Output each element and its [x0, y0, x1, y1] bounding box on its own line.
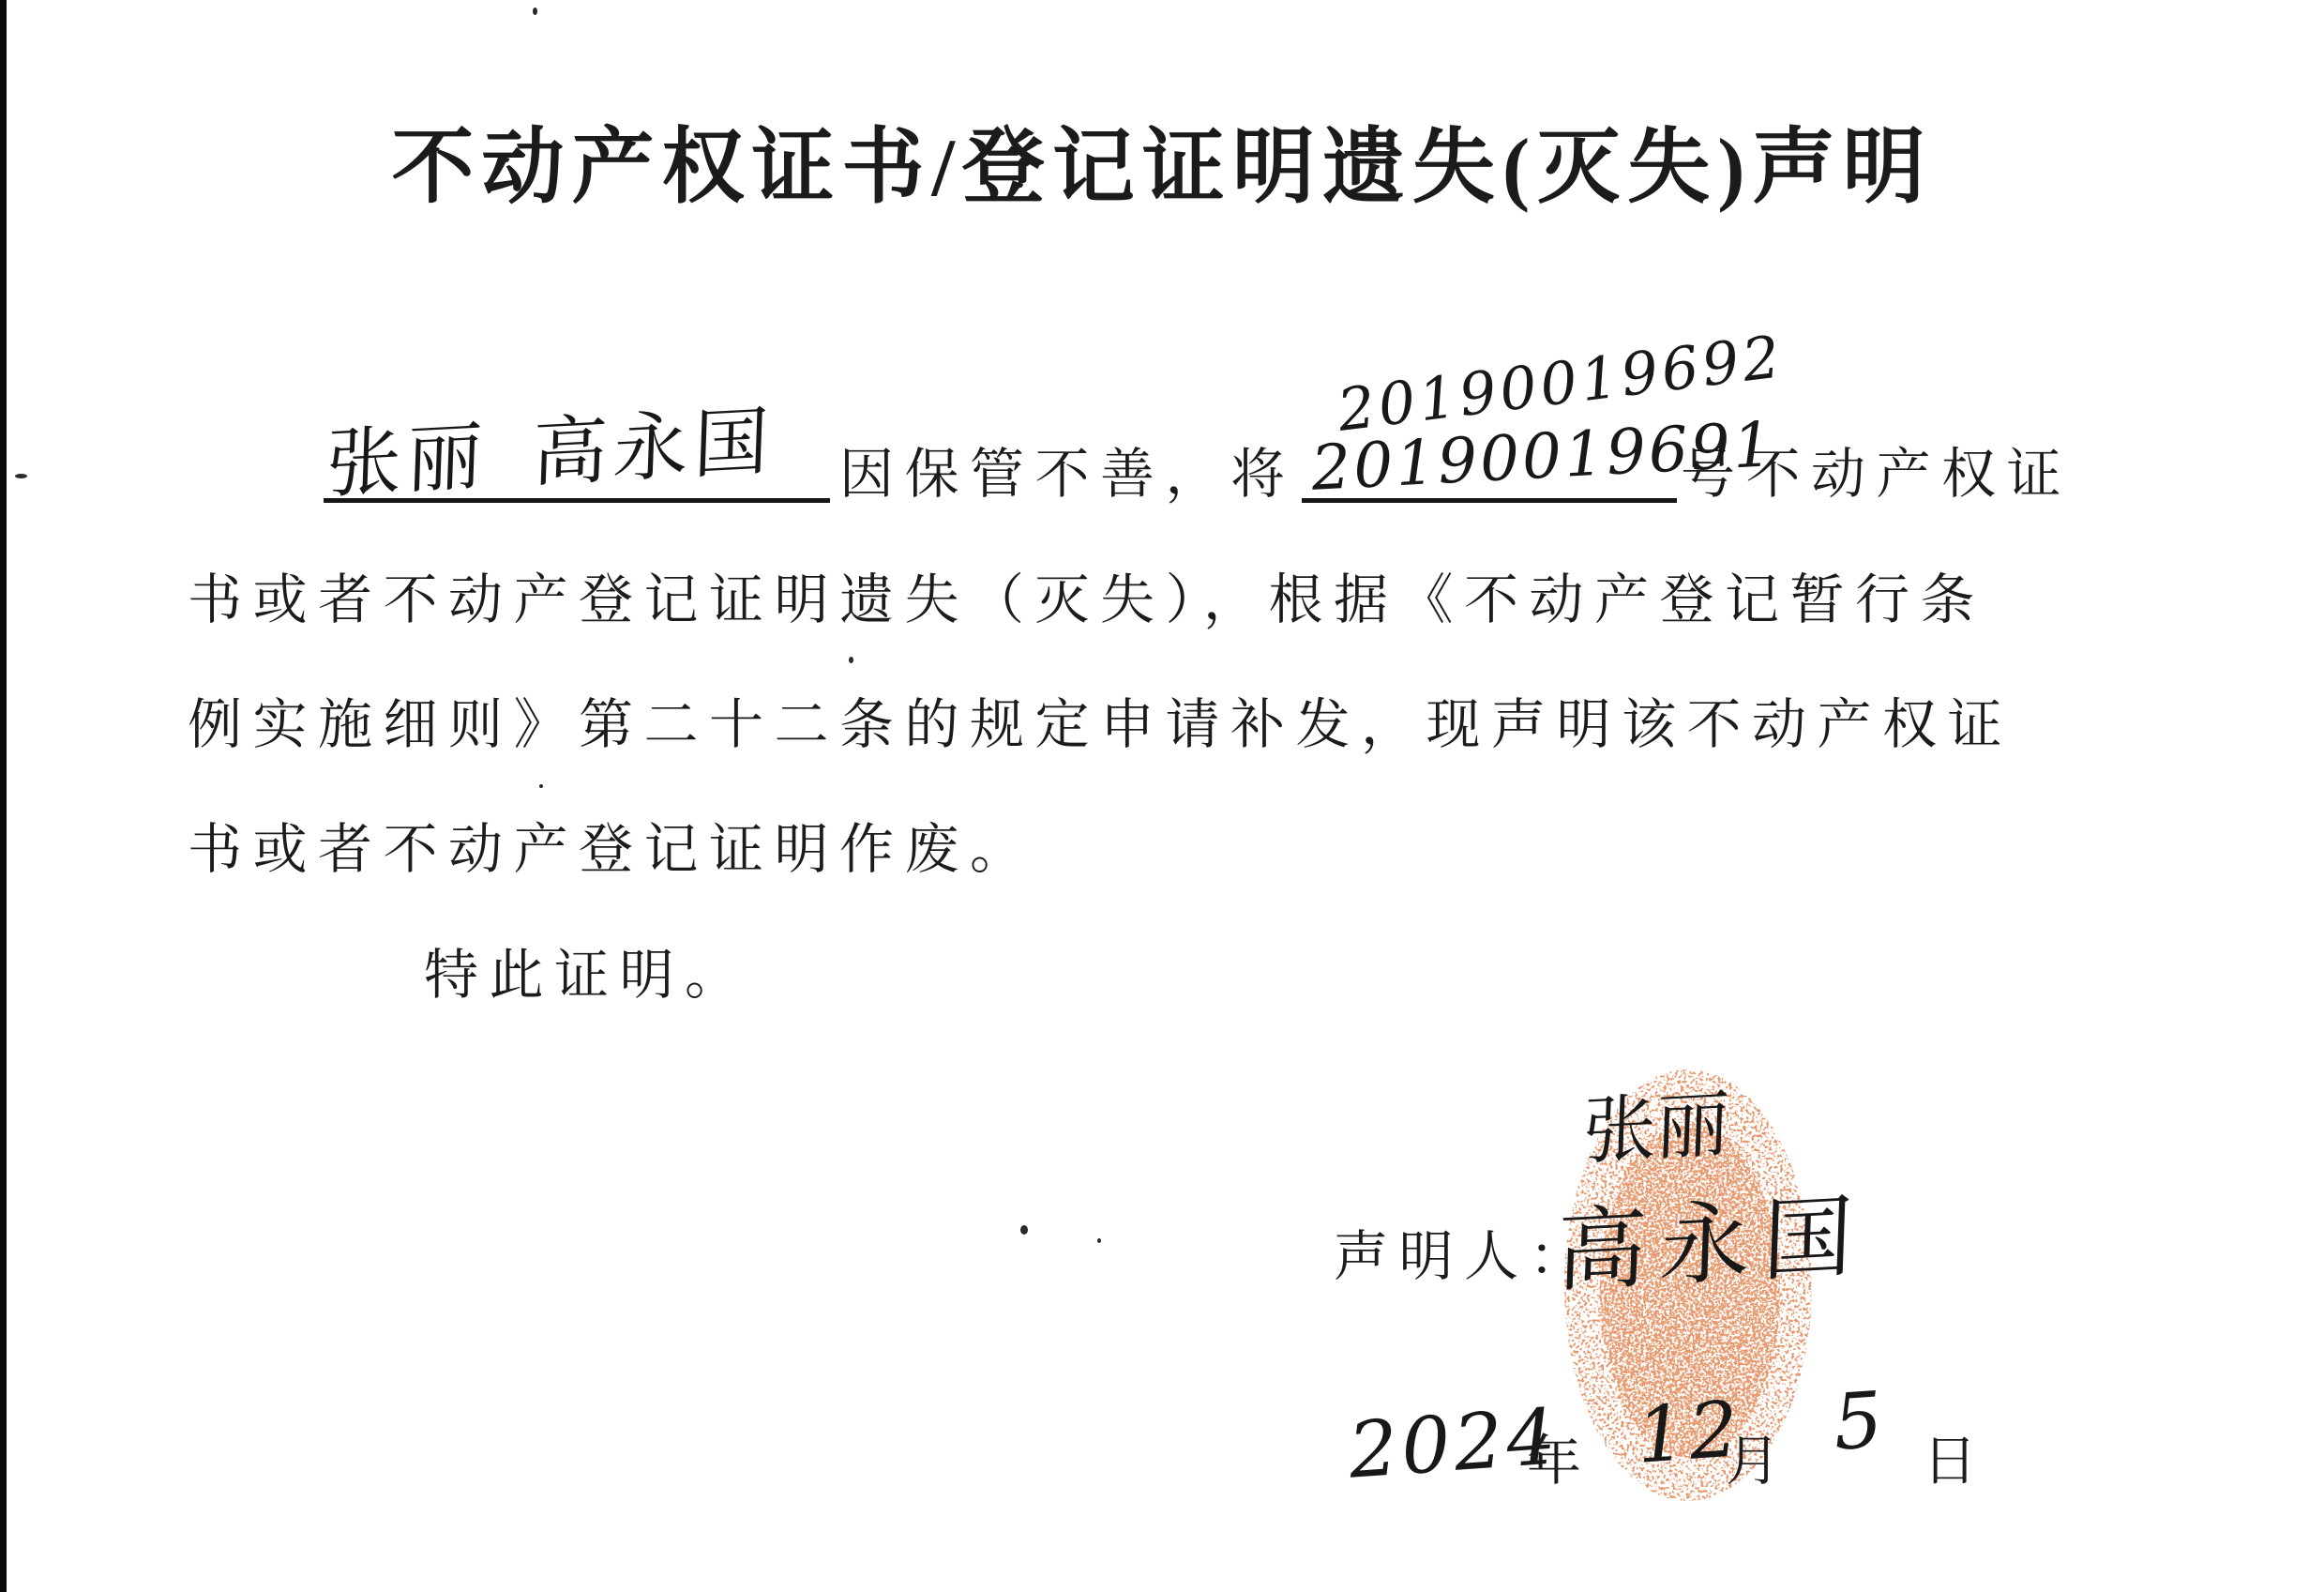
handwritten-signature-zhangli: 张丽 — [1581, 1066, 1731, 1179]
scan-speck — [15, 474, 27, 478]
scan-speck — [1097, 1238, 1101, 1243]
scanned-declaration-page: 不动产权证书/登记证明遗失(灭失)声明 张丽高永国 因保管不善，将 201900… — [0, 0, 2324, 1592]
document-title: 不动产权证书/登记证明遗失(灭失)声明 — [0, 101, 2324, 220]
handwritten-declarant-names: 张丽高永国 — [324, 380, 776, 511]
body-line2: 书或者不动产登记证明遗失（灭失），根据《不动产登记暂行条 — [188, 555, 1985, 634]
handwritten-signature-gaoyongguo: 高永国 — [1555, 1164, 1868, 1310]
handwritten-name-gaoyongguo: 高永国 — [531, 401, 776, 496]
scan-speck — [539, 784, 543, 788]
handwritten-date-year: 2024 — [1346, 1392, 1562, 1495]
handwritten-name-zhangli: 张丽 — [324, 416, 489, 507]
scan-speck — [533, 8, 537, 15]
body-line3: 例实施细则》第二十二条的规定申请补发，现声明该不动产权证 — [188, 680, 2013, 759]
handwritten-date-day: 5 — [1831, 1375, 1890, 1468]
body-line1-text: 因保管不善，将 — [839, 430, 1296, 508]
scanner-edge-artifact — [0, 0, 7, 1592]
handwritten-date-month: 12 — [1634, 1385, 1745, 1481]
closing-line: 特此证明。 — [424, 931, 750, 1009]
date-day-unit: 日 — [1923, 1417, 1988, 1495]
body-line4: 书或者不动产登记证明作废。 — [188, 805, 1035, 884]
scan-speck — [849, 657, 853, 663]
scan-speck — [1020, 1225, 1028, 1235]
